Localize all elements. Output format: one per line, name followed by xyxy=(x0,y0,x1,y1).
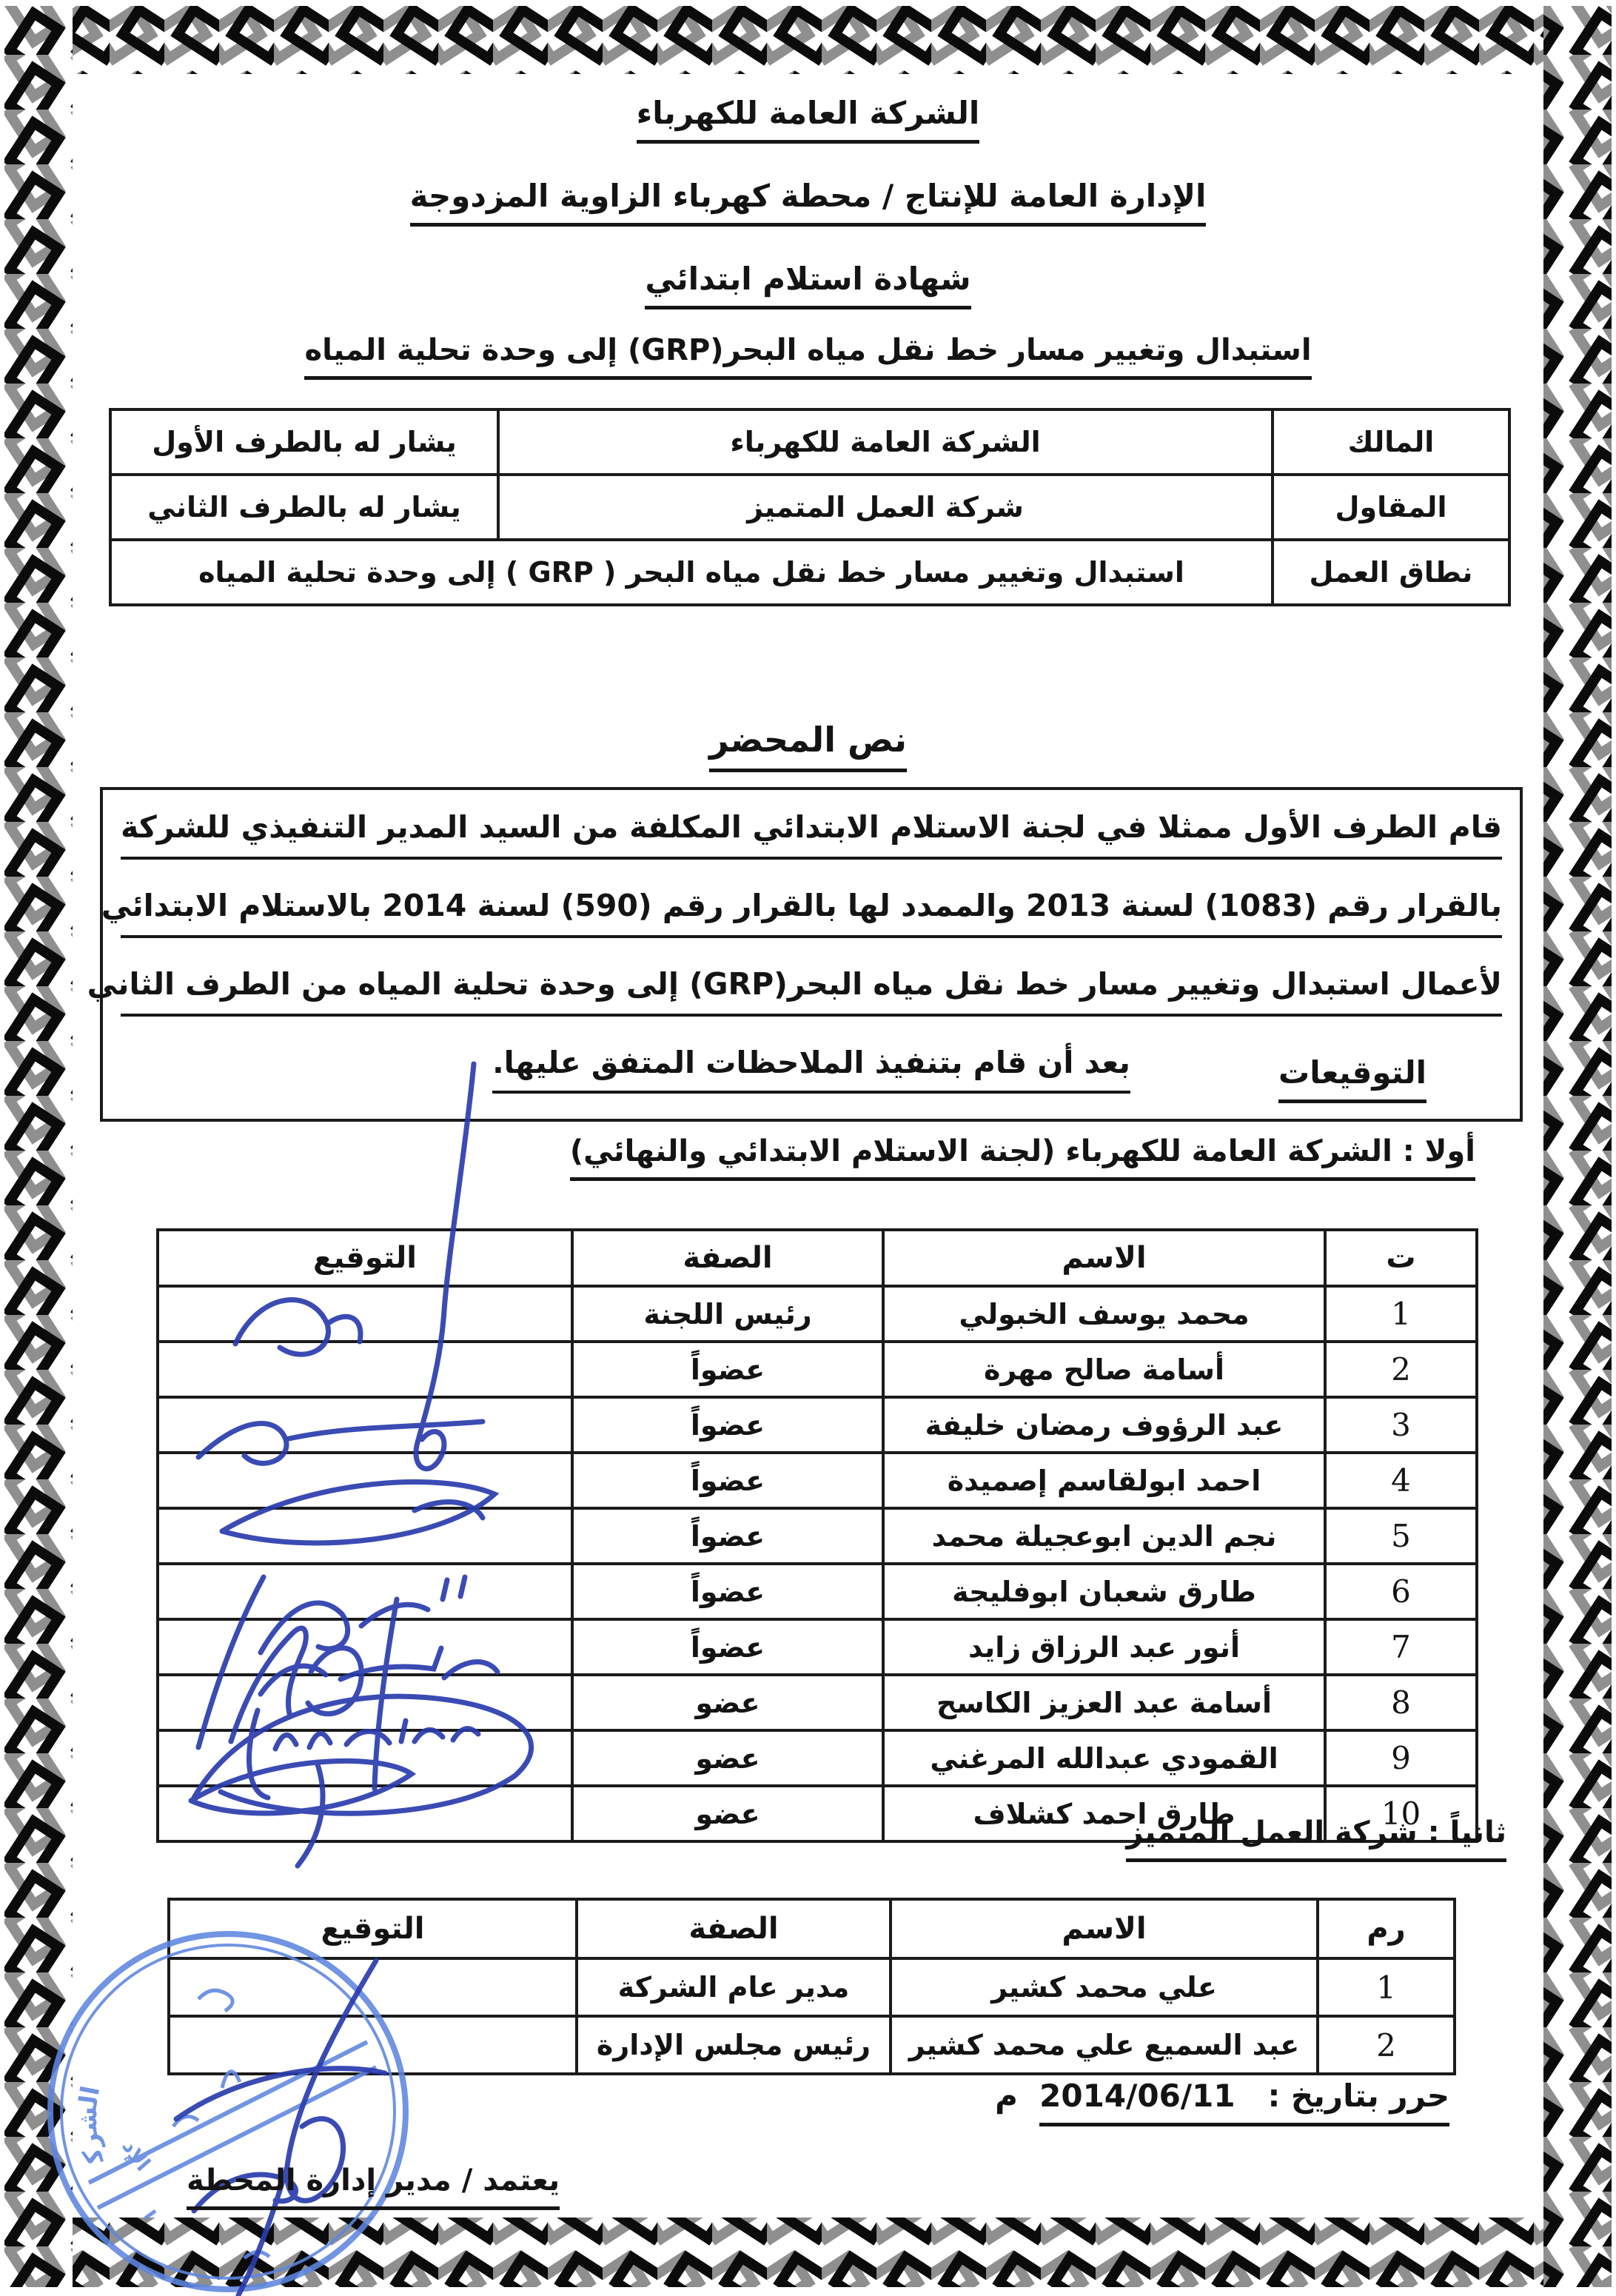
member-no: 1 xyxy=(1325,1286,1477,1342)
member-no: 7 xyxy=(1325,1619,1477,1675)
col-signature: التوقيع xyxy=(169,1899,577,1958)
member-name: طارق شعبان ابوفليجة xyxy=(883,1564,1325,1619)
table-row: 7أنور عبد الرزاق زايدعضواً xyxy=(158,1619,1477,1675)
member-no: 4 xyxy=(1325,1453,1477,1508)
date-line: حرر بتاريخ : 2014/06/11 م xyxy=(995,2078,1449,2126)
party-label: المقاول xyxy=(1273,475,1509,540)
member-title: عضواً xyxy=(572,1397,883,1453)
member-title: عضواً xyxy=(572,1564,883,1619)
certificate-title: شهادة استلام ابتدائي xyxy=(0,261,1616,309)
member-title: رئيس اللجنة xyxy=(572,1286,883,1342)
member-no: 2 xyxy=(1325,1342,1477,1397)
member-no: 3 xyxy=(1325,1397,1477,1453)
member-title: عضواً xyxy=(572,1342,883,1397)
contractor-heading-text: ثانياً : شركة العمل المتميز xyxy=(1126,1815,1506,1850)
member-name: محمد يوسف الخبولي xyxy=(883,1286,1325,1342)
committee-heading-text: أولا : الشركة العامة للكهرباء (لجنة الاس… xyxy=(570,1134,1475,1168)
parties-table: المالك الشركة العامة للكهرباء يشار له با… xyxy=(109,408,1511,606)
minutes-heading-text: نص المحضر xyxy=(709,720,907,760)
table-row: 5نجم الدين ابوعجيلة محمدعضواً xyxy=(158,1508,1477,1564)
col-signature: التوقيع xyxy=(158,1230,572,1286)
approval-line: يعتمد / مدير إدارة المحطة xyxy=(187,2163,560,2210)
member-no: 5 xyxy=(1325,1508,1477,1564)
signature-cell xyxy=(158,1675,572,1730)
table-row: 6طارق شعبان ابوفليجةعضواً xyxy=(158,1564,1477,1619)
table-row: 2أسامة صالح مهرةعضواً xyxy=(158,1342,1477,1397)
signature-cell xyxy=(158,1564,572,1619)
member-title: عضو xyxy=(572,1675,883,1730)
org-title: الشركة العامة للكهرباء xyxy=(0,95,1616,144)
table-row: 3عبد الرؤوف رمضان خليفةعضواً xyxy=(158,1397,1477,1453)
table-row: 8أسامة عبد العزيز الكاسحعضو xyxy=(158,1675,1477,1730)
table-row: 4احمد ابولقاسم إصميدةعضواً xyxy=(158,1453,1477,1508)
party-value: الشركة العامة للكهرباء xyxy=(498,409,1273,475)
member-title: عضواً xyxy=(572,1508,883,1564)
certificate-title-text: شهادة استلام ابتدائي xyxy=(645,261,970,297)
table-row: 2عبد السميع علي محمد كشيررئيس مجلس الإدا… xyxy=(169,2016,1455,2074)
member-name: القمودي عبدالله المرغني xyxy=(883,1730,1325,1786)
signature-cell xyxy=(169,2016,577,2074)
member-name: أسامة صالح مهرة xyxy=(883,1342,1325,1397)
col-title: الصفة xyxy=(577,1899,891,1958)
signature-cell xyxy=(158,1342,572,1397)
member-name: احمد ابولقاسم إصميدة xyxy=(883,1453,1325,1508)
signature-cell xyxy=(158,1508,572,1564)
member-title: رئيس مجلس الإدارة xyxy=(577,2016,891,2074)
party-note: يشار له بالطرف الأول xyxy=(110,409,498,475)
member-title: مدير عام الشركة xyxy=(577,1958,891,2016)
scanned-certificate-page: الشركة العامة للكهرباء الإدارة العامة لل… xyxy=(0,0,1616,2296)
date-value: 2014/06/11 xyxy=(1039,2078,1235,2114)
subject-title: استبدال وتغيير مسار خط نقل مياه البحر(GR… xyxy=(0,333,1616,380)
col-name: الاسم xyxy=(891,1899,1318,1958)
subject-title-text: استبدال وتغيير مسار خط نقل مياه البحر(GR… xyxy=(304,333,1311,367)
member-title: عضو xyxy=(572,1730,883,1786)
table-row: المقاول شركة العمل المتميز يشار له بالطر… xyxy=(110,475,1509,540)
member-name: نجم الدين ابوعجيلة محمد xyxy=(883,1508,1325,1564)
contractor-table: رم الاسم الصفة التوقيع 1علي محمد كشيرمدي… xyxy=(167,1898,1456,2075)
date-label: حرر بتاريخ : xyxy=(1267,2078,1449,2114)
minutes-line: لأعمال استبدال وتغيير مسار خط نقل مياه ا… xyxy=(121,966,1502,1017)
signature-cell xyxy=(158,1453,572,1508)
col-title: الصفة xyxy=(572,1230,883,1286)
member-name: عبد السميع علي محمد كشير xyxy=(891,2016,1318,2074)
table-row: المالك الشركة العامة للكهرباء يشار له با… xyxy=(110,409,1509,475)
table-header-row: ت الاسم الصفة التوقيع xyxy=(158,1230,1477,1286)
committee-table: ت الاسم الصفة التوقيع 1محمد يوسف الخبولي… xyxy=(156,1228,1478,1843)
party-value: استبدال وتغيير مسار خط نقل مياه البحر ( … xyxy=(110,540,1273,605)
member-title: عضو xyxy=(572,1786,883,1841)
col-name: الاسم xyxy=(883,1230,1325,1286)
contractor-heading: ثانياً : شركة العمل المتميز xyxy=(1126,1815,1506,1862)
department-title-text: الإدارة العامة للإنتاج / محطة كهرباء الز… xyxy=(410,178,1207,214)
department-title: الإدارة العامة للإنتاج / محطة كهرباء الز… xyxy=(0,178,1616,227)
col-no: ت xyxy=(1325,1230,1477,1286)
signatures-heading: التوقيعات xyxy=(1278,1054,1426,1103)
table-row: 1علي محمد كشيرمدير عام الشركة xyxy=(169,1958,1455,2016)
party-note: يشار له بالطرف الثاني xyxy=(110,475,498,540)
member-name: عبد الرؤوف رمضان خليفة xyxy=(883,1397,1325,1453)
party-label: المالك xyxy=(1273,409,1509,475)
signature-cell xyxy=(158,1730,572,1786)
member-no: 9 xyxy=(1325,1730,1477,1786)
signature-cell xyxy=(158,1397,572,1453)
table-row: 1محمد يوسف الخبوليرئيس اللجنة xyxy=(158,1286,1477,1342)
table-row: 9القمودي عبدالله المرغنيعضو xyxy=(158,1730,1477,1786)
approval-line-text: يعتمد / مدير إدارة المحطة xyxy=(187,2163,560,2198)
minutes-line: قام الطرف الأول ممثلا في لجنة الاستلام ا… xyxy=(121,809,1502,860)
committee-heading: أولا : الشركة العامة للكهرباء (لجنة الاس… xyxy=(570,1134,1475,1181)
signature-cell xyxy=(158,1286,572,1342)
minutes-heading: نص المحضر xyxy=(0,720,1616,772)
col-no: رم xyxy=(1318,1899,1455,1958)
signature-cell xyxy=(158,1786,572,1841)
signature-cell xyxy=(158,1619,572,1675)
date-suffix: م xyxy=(995,2078,1018,2114)
minutes-line-text: بعد أن قام بتنفيذ الملاحظات المتفق عليها… xyxy=(492,1045,1130,1094)
table-header-row: رم الاسم الصفة التوقيع xyxy=(169,1899,1455,1958)
member-title: عضواً xyxy=(572,1453,883,1508)
member-no: 8 xyxy=(1325,1675,1477,1730)
party-label: نطاق العمل xyxy=(1273,540,1509,605)
member-no: 6 xyxy=(1325,1564,1477,1619)
table-row: نطاق العمل استبدال وتغيير مسار خط نقل مي… xyxy=(110,540,1509,605)
signature-cell xyxy=(169,1958,577,2016)
party-value: شركة العمل المتميز xyxy=(498,475,1273,540)
signatures-heading-text: التوقيعات xyxy=(1278,1054,1426,1091)
org-title-text: الشركة العامة للكهرباء xyxy=(637,95,980,131)
member-no: 1 xyxy=(1318,1958,1455,2016)
member-title: عضواً xyxy=(572,1619,883,1675)
member-name: أنور عبد الرزاق زايد xyxy=(883,1619,1325,1675)
minutes-line: بالقرار رقم (1083) لسنة 2013 والممدد لها… xyxy=(121,888,1502,938)
member-no: 2 xyxy=(1318,2016,1455,2074)
member-name: أسامة عبد العزيز الكاسح xyxy=(883,1675,1325,1730)
member-name: علي محمد كشير xyxy=(891,1958,1318,2016)
